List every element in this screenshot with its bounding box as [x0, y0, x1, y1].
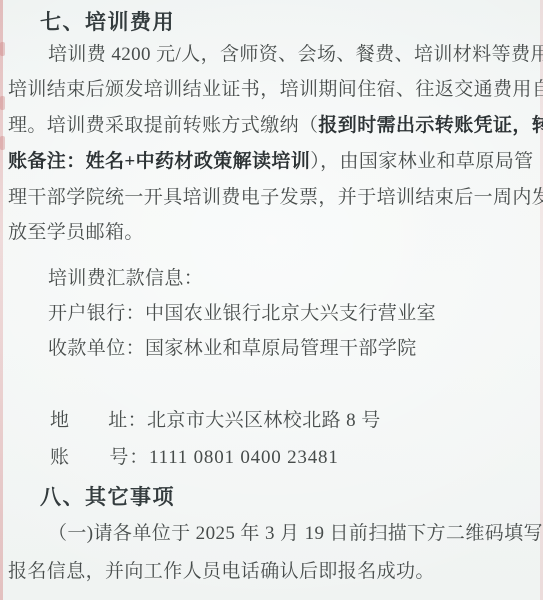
fee-paragraph-line-1: 培训费 4200 元/人，含师资、会场、餐费、培训材料等费用， [48, 44, 543, 66]
fee-paragraph-line-5: 理干部学院统一开具培训费电子发票，并于培训结束后一周内发 [8, 187, 543, 209]
section-other-heading: 八、其它事项 [40, 487, 175, 509]
fee-paragraph-line-3-bold: 报到时需出示转账凭证，转 [318, 115, 543, 136]
photo-edge-artifact [0, 42, 5, 56]
remittance-info-title: 培训费汇款信息： [48, 268, 203, 290]
section-fee-heading: 七、培训费用 [40, 12, 175, 34]
other-item1-line-1: （一)请各单位于 2025 年 3 月 19 日前扫描下方二维码填写 [48, 523, 543, 545]
scanned-notice-page: 七、培训费用 培训费 4200 元/人，含师资、会场、餐费、培训材料等费用， 培… [0, 0, 543, 600]
fee-paragraph-line-3-regular: 理。培训费采取提前转账方式缴纳（ [8, 115, 318, 136]
remittance-bank-line: 开户银行：中国农业银行北京大兴支行营业室 [48, 303, 436, 325]
fee-paragraph-line-4-regular: ），由国家林业和草原局管 [310, 151, 533, 172]
photo-edge-left-tint [0, 0, 3, 600]
remittance-account-line: 账 号：1111 0801 0400 23481 [50, 447, 339, 469]
remittance-payee-line: 收款单位：国家林业和草原局管理干部学院 [48, 338, 417, 360]
fee-paragraph-line-2: 培训结束后颁发培训结业证书，培训期间住宿、往返交通费用自 [8, 79, 543, 101]
fee-paragraph-line-4: 账备注：姓名+中药材政策解读培训），由国家林业和草原局管 [8, 151, 534, 173]
other-item1-line-2: 报名信息，并向工作人员电话确认后即报名成功。 [8, 561, 435, 583]
photo-edge-artifact [0, 96, 5, 110]
photo-edge-artifact [0, 136, 5, 150]
fee-paragraph-line-4-bold: 账备注：姓名+中药材政策解读培训 [8, 151, 310, 172]
fee-paragraph-line-3: 理。培训费采取提前转账方式缴纳（报到时需出示转账凭证，转 [8, 115, 543, 137]
remittance-address-line: 地 址：北京市大兴区林校北路 8 号 [50, 410, 381, 432]
fee-paragraph-line-6: 放至学员邮箱。 [8, 222, 144, 244]
